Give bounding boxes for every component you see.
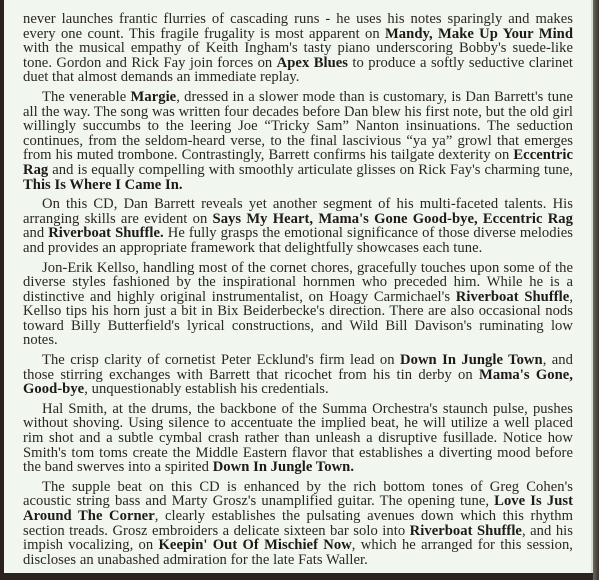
text-run: and (23, 225, 48, 241)
song-title: Apex Blues (277, 55, 348, 71)
paragraph: The venerable Margie, dressed in a slowe… (23, 90, 573, 192)
song-title: Down In Jungle Town. (213, 459, 354, 475)
liner-notes-body: never launches frantic flurries of casca… (23, 12, 573, 572)
song-title: Riverboat Shuffle. (48, 225, 164, 241)
liner-notes-page: never launches frantic flurries of casca… (4, 0, 593, 573)
song-title: Down In Jungle Town (400, 352, 543, 368)
paragraph: Hal Smith, at the drums, the backbone of… (23, 402, 573, 475)
text-run: The venerable (42, 89, 131, 105)
paragraph: The crisp clarity of cornetist Peter Eck… (23, 353, 573, 397)
song-title: Margie (131, 89, 177, 105)
text-run: The supple beat on this CD is enhanced b… (23, 479, 573, 510)
song-title: Mandy, Make Up Your Mind (385, 26, 573, 42)
paragraph: On this CD, Dan Barrett reveals yet anot… (23, 197, 573, 255)
page-edge-shadow (593, 0, 599, 580)
song-title: Riverboat Shuffle (410, 523, 522, 539)
paragraph: Jon-Erik Kellso, handling most of the co… (23, 261, 573, 349)
song-title: Keepin' Out Of Mischief Now (159, 537, 352, 553)
song-title: Riverboat Shuffle (456, 289, 570, 305)
text-run: and is equally compelling with smoothly … (48, 162, 573, 178)
text-run: , unquestionably establish his credentia… (84, 381, 329, 397)
paragraph: The supple beat on this CD is enhanced b… (23, 480, 573, 568)
paragraph: never launches frantic flurries of casca… (23, 12, 573, 85)
song-title: This Is Where I Came In. (23, 177, 183, 193)
text-run: The crisp clarity of cornetist Peter Eck… (42, 352, 400, 368)
song-title: Says My Heart, Mama's Gone Good-bye, Ecc… (213, 211, 573, 227)
